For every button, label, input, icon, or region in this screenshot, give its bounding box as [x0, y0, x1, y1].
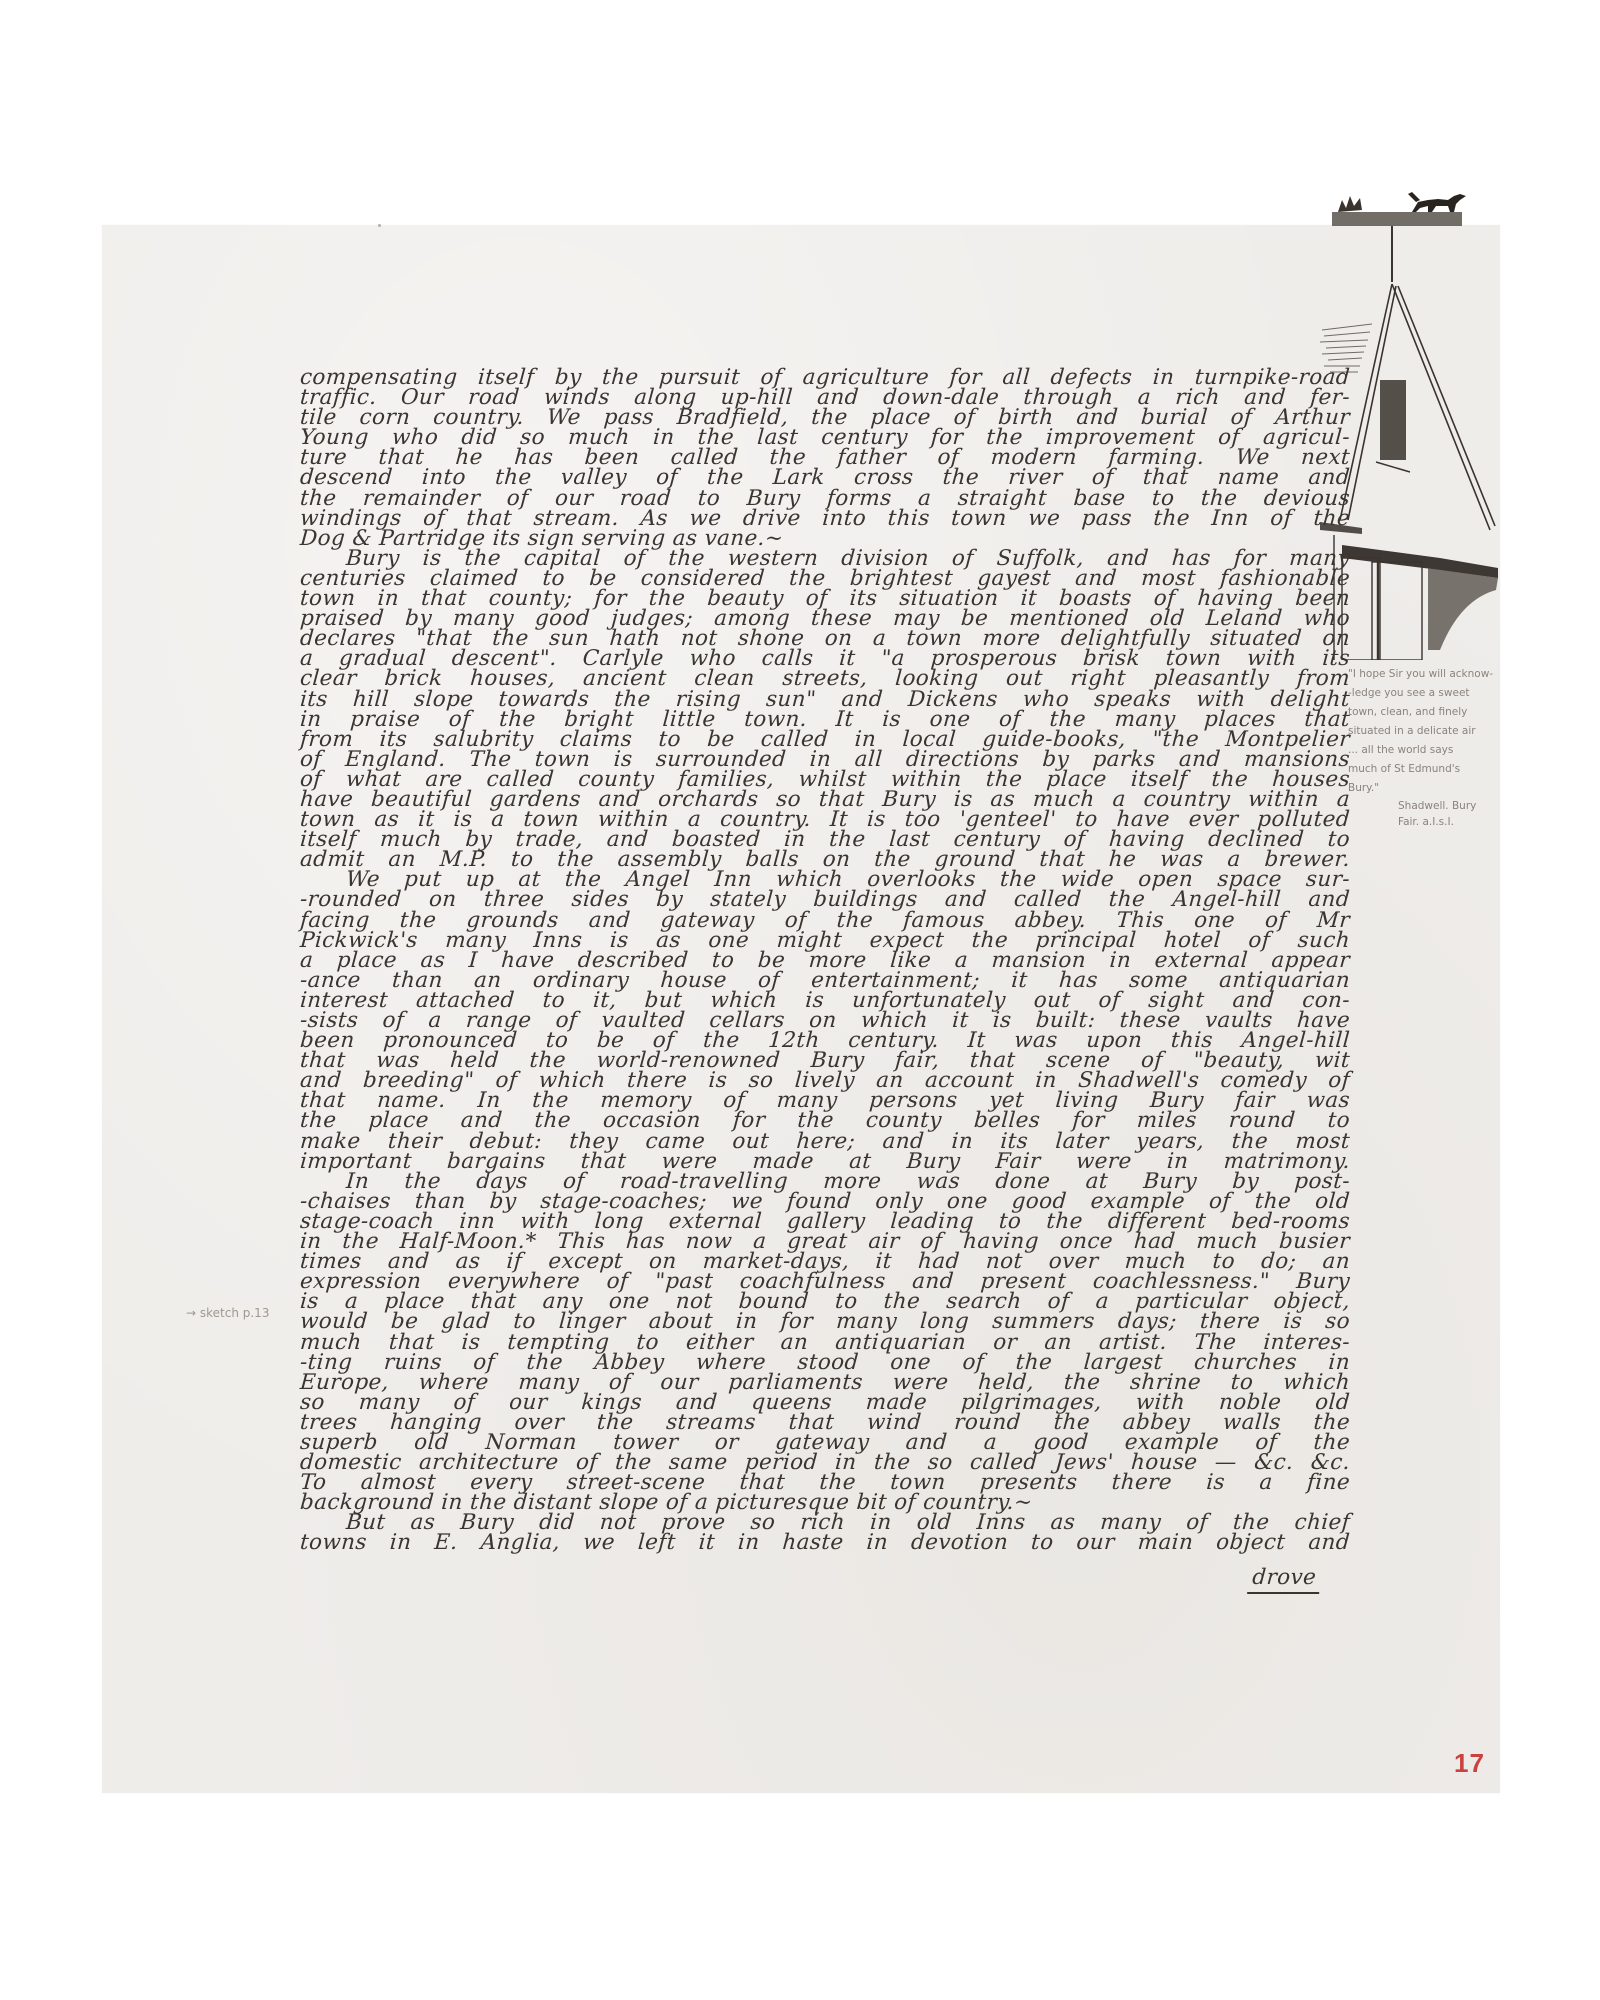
margin-line: situated in a delicate air	[1348, 722, 1498, 741]
catchword-line: drove	[299, 1568, 1351, 1594]
margin-line: -ledge you see a sweet	[1348, 684, 1498, 703]
margin-line: much of St Edmund's	[1348, 760, 1498, 779]
margin-quotation: "I hope Sir you will acknow- -ledge you …	[1348, 665, 1498, 830]
text-line: towns in E. Anglia, we left it in haste …	[299, 1533, 1350, 1553]
margin-line: town, clean, and finely	[1348, 703, 1498, 722]
margin-attribution: Fair. a.I.s.I.	[1348, 814, 1498, 830]
margin-attribution: Shadwell. Bury	[1348, 798, 1498, 814]
catchword: drove	[1247, 1568, 1321, 1594]
page-number: 17	[1454, 1748, 1485, 1779]
margin-line: Bury."	[1348, 779, 1498, 798]
paper-speck	[378, 224, 381, 227]
sketch-cross-reference: → sketch p.13	[186, 1306, 269, 1320]
margin-line: ... all the world says	[1348, 741, 1498, 760]
margin-line: "I hope Sir you will acknow-	[1348, 665, 1498, 684]
manuscript-body-text: compensating itself by the pursuit of ag…	[300, 368, 1350, 1594]
weathervane-icon	[1332, 192, 1466, 282]
